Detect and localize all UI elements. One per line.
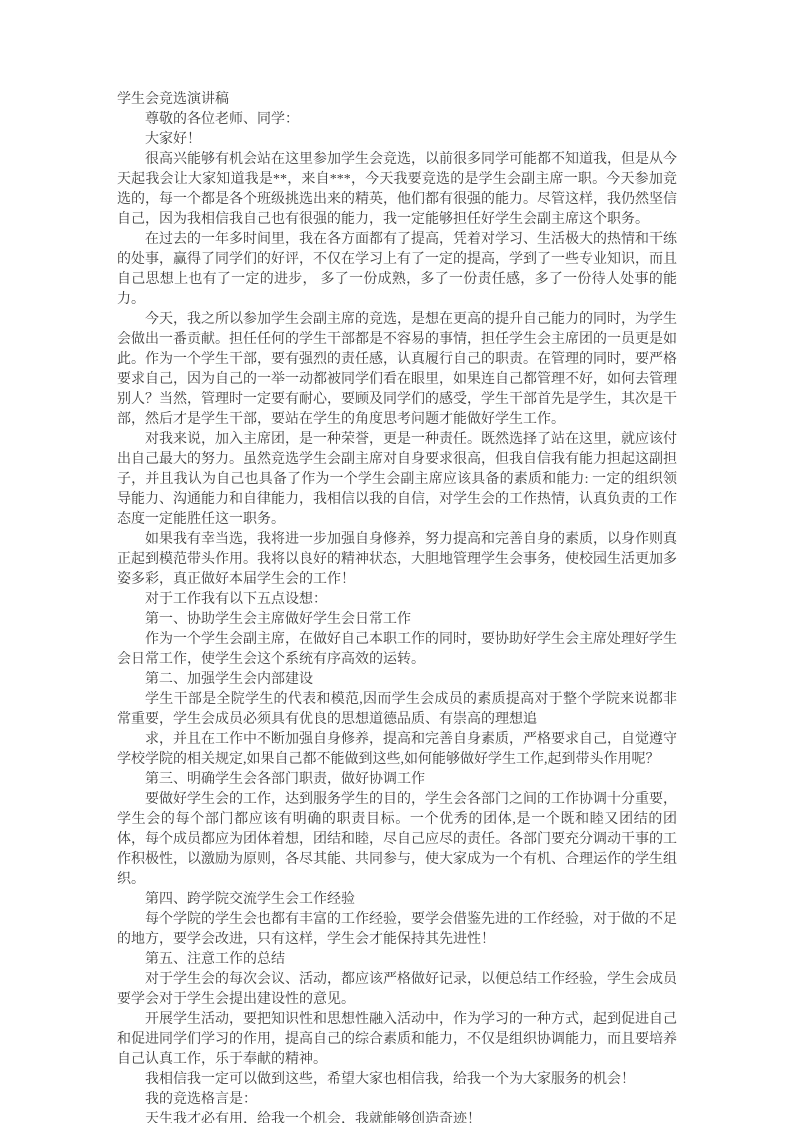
paragraph: 在过去的一年多时间里，我在各方面都有了提高，凭着对学习、生活极大的热情和干练的处… [117,230,677,310]
paragraph: 对我来说，加入主席团，是一种荣誉，更是一种责任。既然选择了站在这里，就应该付出自… [117,430,677,530]
paragraph-point-2-heading: 第二、加强学生会内部建设 [117,670,677,690]
paragraph: 学生干部是全院学生的代表和模范,因而学生会成员的素质提高对于整个学院来说都非常重… [117,690,677,730]
paragraph: 求，并且在工作中不断加强自身修养，提高和完善自身素质，严格要求自己，自觉遵守学校… [117,730,677,770]
paragraph-plan-intro: 对于工作我有以下五点设想： [117,590,677,610]
paragraph-salutation: 尊敬的各位老师、同学： [117,110,677,130]
document-title: 学生会竞选演讲稿 [117,90,677,110]
paragraph-point-5-heading: 第五、注意工作的总结 [117,950,677,970]
paragraph: 今天，我之所以参加学生会副主席的竞选，是想在更高的提升自己能力的同时，为学生会做… [117,310,677,430]
paragraph-point-1-heading: 第一、协助学生会主席做好学生会日常工作 [117,610,677,630]
paragraph: 我相信我一定可以做到这些，希望大家也相信我，给我一个为大家服务的机会！ [117,1070,677,1090]
document-content: 学生会竞选演讲稿 尊敬的各位老师、同学： 大家好！ 很高兴能够有机会站在这里参加… [117,90,677,1123]
paragraph: 每个学院的学生会也都有丰富的工作经验，要学会借鉴先进的工作经验，对于做的不足的地… [117,910,677,950]
document-page: 学生会竞选演讲稿 尊敬的各位老师、同学： 大家好！ 很高兴能够有机会站在这里参加… [0,0,794,1123]
paragraph-motto-intro: 我的竞选格言是： [117,1090,677,1110]
paragraph-point-4-heading: 第四、跨学院交流学生会工作经验 [117,890,677,910]
paragraph: 如果我有幸当选，我将进一步加强自身修养，努力提高和完善自身的素质，以身作则真正起… [117,530,677,590]
paragraph-point-3-heading: 第三、明确学生会各部门职责，做好协调工作 [117,770,677,790]
paragraph-greeting: 大家好！ [117,130,677,150]
paragraph-motto: 天生我才必有用，给我一个机会，我就能够创造奇迹！ [117,1110,677,1123]
paragraph: 对于学生会的每次会议、活动，都应该严格做好记录，以便总结工作经验，学生会成员要学… [117,970,677,1010]
paragraph: 作为一个学生会副主席，在做好自己本职工作的同时，要协助好学生会主席处理好学生会日… [117,630,677,670]
paragraph: 要做好学生会的工作，达到服务学生的目的，学生会各部门之间的工作协调十分重要，学生… [117,790,677,890]
paragraph: 很高兴能够有机会站在这里参加学生会竞选，以前很多同学可能都不知道我，但是从今天起… [117,150,677,230]
paragraph: 开展学生活动，要把知识性和思想性融入活动中，作为学习的一种方式，起到促进自己和促… [117,1010,677,1070]
